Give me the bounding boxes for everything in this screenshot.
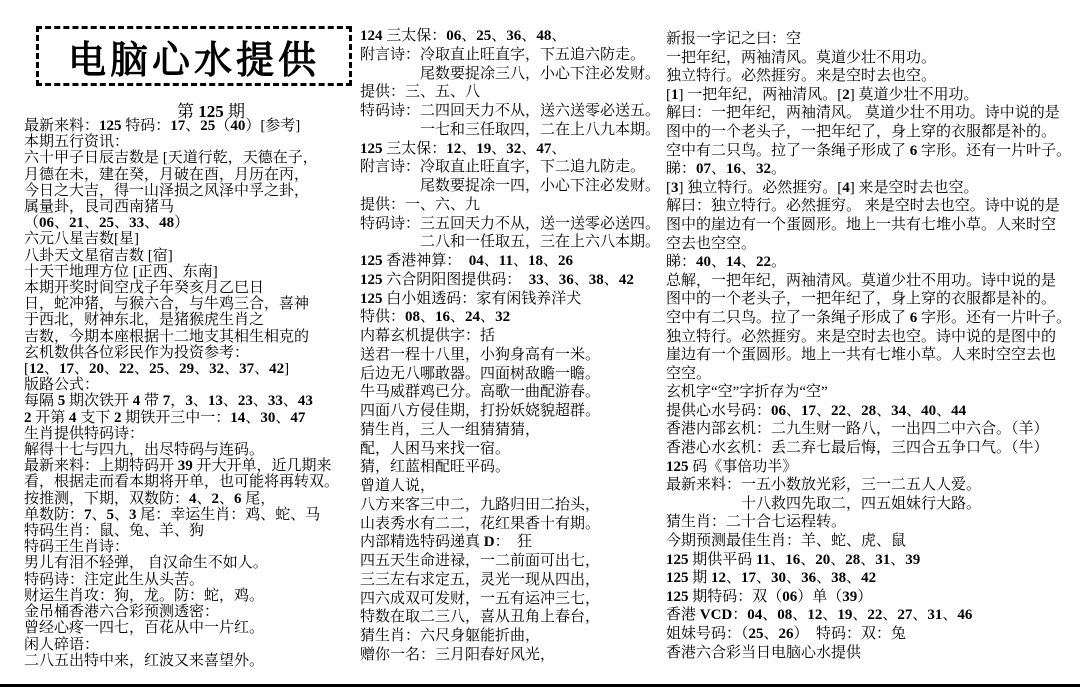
text-line: 图中的一个老头子，一把年纪了，身上穿的衣服都是补的。 [666, 290, 1080, 309]
text-line: 吉数，今期本座根据十二地支其相生相克的 [24, 329, 360, 345]
text-line: 香港六合彩当日电脑心水提供 [666, 644, 1080, 663]
text-line: 四五天生命进禄，一二前面可出七， [360, 552, 662, 571]
text-line: 空中有二只鸟。拉了一条绳子形成了 6 字形。还有一片叶子。 [666, 309, 1080, 328]
text-line: 六十甲子日辰吉数是 [天道行乾，天德在子， [24, 150, 360, 166]
right-column: 新报一字记之曰：空一把年纪，两袖清风。莫道少壮不用功。独立特行。必然捱穷。来是空… [666, 30, 1080, 662]
text-line: 解曰：一把年纪，两袖清风。 莫道少壮不用功。诗中说的是 [666, 104, 1080, 123]
text-line: 独立特行。必然捱穷。来是空时去也空。 [666, 67, 1080, 86]
text-line: 每隔 5 期次铁开 4 带 7，3、13、23、33、43 [24, 393, 360, 409]
text-line: 十八救四先取二，四五姐妹行大路。 [666, 495, 1080, 514]
text-line: 财运生肖攻：狗，龙。防：蛇，鸡。 [24, 588, 360, 604]
text-line: 猜生肖，三人一组猜猜猜， [360, 421, 662, 440]
text-line: 特码诗：注定此生从头苦。 [24, 572, 360, 588]
text-line: 总解，一把年纪，两袖清风。莫道少壮不用功。诗中说的是 [666, 272, 1080, 291]
text-line: 送君一程十八里，小狗身高有一米。 [360, 346, 662, 365]
text-line: 十天干地理方位 [正西、东南] [24, 264, 360, 280]
text-line: 金吊桶香港六合彩预测透密： [24, 604, 360, 620]
text-line: 属量卦，艮司西南猪马 [24, 199, 360, 215]
text-line: 独立特行。必然捱穷。来是空时去也空。诗中说的是图中的 [666, 328, 1080, 347]
text-line: 香港心水玄机：丢二弃七最后悔，三四合五争口气。（牛） [666, 439, 1080, 458]
text-line: 六元八星吉数[星] [24, 231, 360, 247]
text-line: 提供心水号码：06、17、22、28、34、40、44 [666, 402, 1080, 421]
text-line: 附言诗：冷取直止旺直字，下五追六防走。 [360, 46, 662, 65]
text-line: 崖边有一个蛋圆形。地上一共有七堆小草。人来时空空去也 [666, 346, 1080, 365]
text-line: 猜，红蓝相配旺平码。 [360, 458, 662, 477]
text-line: 125 六合阴阳图提供码： 33、36、38、42 [360, 271, 662, 290]
text-line: （06、21、25、33、48） [24, 215, 360, 231]
text-line: 本期开奖时间空戊子年癸亥月乙巳日 [24, 280, 360, 296]
text-line: 三三左右求定五，灵光一现从四出， [360, 571, 662, 590]
text-line: 附言诗：冷取直止旺直字，下二追九防走。 [360, 158, 662, 177]
text-line: 四六成双可发财，一五有运冲三七， [360, 590, 662, 609]
text-line: 特数在取二三八，喜从丑角上春台， [360, 608, 662, 627]
text-line: [12、17、20、22、25、29、32、37、42] [24, 361, 360, 377]
text-line: 睇：07、16、32。 [666, 160, 1080, 179]
text-line: 内幕玄机提供字：括 [360, 327, 662, 346]
text-line: 新报一字记之曰：空 [666, 30, 1080, 49]
text-line: 八方来客三中二，九路归田二抬头， [360, 496, 662, 515]
text-line: 玄机字“空”字折存为“空” [666, 383, 1080, 402]
text-line: 特码王生肖诗： [24, 539, 360, 555]
text-line: 本期五行资讯： [24, 134, 360, 150]
text-line: 二八五出特中来，红波又来喜望外。 [24, 653, 360, 669]
text-line: 姐妹号码：（25、26） 特码：双：兔 [666, 625, 1080, 644]
text-line: 尾数要捉凃三八，小心下注必发财。 [360, 65, 662, 84]
text-line: 曾经心疼一四七，百花从中一片红。 [24, 620, 360, 636]
lottery-tip-sheet: 电脑心水提供 第 125 期 最新来料：125 特码：17、25（40）[参考]… [0, 0, 1080, 687]
text-line: 解曰：独立特行。必然捱穷。 来是空时去也空。诗中说的是 [666, 197, 1080, 216]
text-line: 二八和一任取五，三在上六八本期。 [360, 233, 662, 252]
text-line: 125 香港神算： 04、11、18、26 [360, 252, 662, 271]
text-line: 玄机数供各位彩民作为投资参考： [24, 345, 360, 361]
text-line: 空中有二只鸟。拉了一条绳子形成了 6 字形。还有一片叶子。 [666, 142, 1080, 161]
text-line: 闲人碎语： [24, 637, 360, 653]
text-line: 空去也空空。 [666, 235, 1080, 254]
text-line: 空空。 [666, 365, 1080, 384]
text-line: 今日之大吉，得一山泽损之风泽中孚之卦， [24, 183, 360, 199]
text-line: 后边无八哪敢器。四面树敌瞻一瞻。 [360, 365, 662, 384]
text-line: [1] 一把年纪，两袖清风。[2] 莫道少壮不用功。 [666, 86, 1080, 105]
text-line: 四面八方侵佳期，打扮妖娆貌超群。 [360, 402, 662, 421]
text-line: 125 期特码：双（06）单（39） [666, 588, 1080, 607]
text-line: 提供：三、五、八 [360, 83, 662, 102]
text-line: 125 期 12、17、30、36、38、42 [666, 569, 1080, 588]
text-line: 于西北，财神东北，是猪猴虎生肖之 [24, 312, 360, 328]
left-column: 最新来料：125 特码：17、25（40）[参考]本期五行资讯：六十甲子日辰吉数… [24, 118, 360, 669]
text-line: 图中的一个老头子，一把年纪了，身上穿的衣服都是补的。 [666, 123, 1080, 142]
text-line: 配，人困马来找一宿。 [360, 440, 662, 459]
text-line: 2 开第 4 支下 2 期铁开三中一：14、30、47 [24, 410, 360, 426]
text-line: 香港内部玄机：二九生财一路八，一出四二中六合。（羊） [666, 420, 1080, 439]
text-line: 最新来料：上期特码开 39 开大开单，近几期来 [24, 458, 360, 474]
text-line: 月德在未，建在癸，月破在酉，月历在丙， [24, 167, 360, 183]
text-line: 特码诗：二四回天力不从，送六送零必送五。 [360, 102, 662, 121]
text-line: 山表秀水有二二，花红果香十有期。 [360, 515, 662, 534]
text-line: 最新来料：一五小数放光彩，三一二五人人爱。 [666, 476, 1080, 495]
text-line: 按推测，下期，双数防：4、2、6 尾， [24, 491, 360, 507]
text-line: 看，根据走而看本期将开单，也可能将再转双。 [24, 474, 360, 490]
middle-column: 124 三太保：06、25、36、48、附言诗：冷取直止旺直字，下五追六防走。 … [360, 27, 662, 665]
text-line: 版路公式： [24, 377, 360, 393]
text-line: 男儿有泪不轻弹， 自汉命生不如人。 [24, 555, 360, 571]
text-line: 125 码《事倍功半》 [666, 458, 1080, 477]
text-line: 124 三太保：06、25、36、48、 [360, 27, 662, 46]
text-line: 图中的崖边有一个蛋圆形。地上一共有七堆小草。人来时空 [666, 216, 1080, 235]
text-line: 解得十七与四九，出尽特码与连码。 [24, 442, 360, 458]
text-line: 牛马威群鸡已分。高歌一曲配游春。 [360, 383, 662, 402]
text-line: 香港 VCD：04、08、12、19、22、27、31、46 [666, 606, 1080, 625]
title-box: 电脑心水提供 [36, 26, 352, 86]
text-line: 猜生肖：二十合七运程转。 [666, 513, 1080, 532]
text-line: 单数防：7、5、3 尾：幸运生肖：鸡、蛇、马 [24, 507, 360, 523]
text-line: 一把年纪，两袖清风。莫道少壮不用功。 [666, 49, 1080, 68]
text-line: 猜生肖：六尺身躯能折曲， [360, 627, 662, 646]
text-line: 125 白小姐透码：家有闲钱养洋犬 [360, 290, 662, 309]
text-line: 赠你一名：三月阳春好风光， [360, 646, 662, 665]
text-line: 提供：一、六、九 [360, 196, 662, 215]
text-line: 125 三太保：12、19、32、47、 [360, 140, 662, 159]
page-title: 电脑心水提供 [68, 29, 320, 84]
text-line: 睇：40、14、22。 [666, 253, 1080, 272]
text-line: 曾道人说， [360, 477, 662, 496]
text-line: 一七和三任取四，二在上八九本期。 [360, 121, 662, 140]
text-line: 内部精选特码递真 D： 狂 [360, 533, 662, 552]
text-line: 125 期供平码 11、16、20、28、31、39 [666, 551, 1080, 570]
text-line: 特供：08、16、24、32 [360, 308, 662, 327]
text-line: 最新来料：125 特码：17、25（40）[参考] [24, 118, 360, 134]
text-line: 日，蛇冲猪，与猴六合，与牛鸡三合，喜神 [24, 296, 360, 312]
text-line: 特码诗：三五回天力不从，送一送零必送四。 [360, 215, 662, 234]
text-line: [3] 独立特行。必然捱穷。[4] 来是空时去也空。 [666, 179, 1080, 198]
text-line: 生肖提供特码诗： [24, 426, 360, 442]
text-line: 特码生肖：鼠、兔、羊、狗 [24, 523, 360, 539]
text-line: 尾数要捉凃一四，小心下注必发财。 [360, 177, 662, 196]
text-line: 今期预测最佳生肖：羊、蛇、虎、鼠 [666, 532, 1080, 551]
text-line: 八卦天文星宿吉数 [宿] [24, 248, 360, 264]
